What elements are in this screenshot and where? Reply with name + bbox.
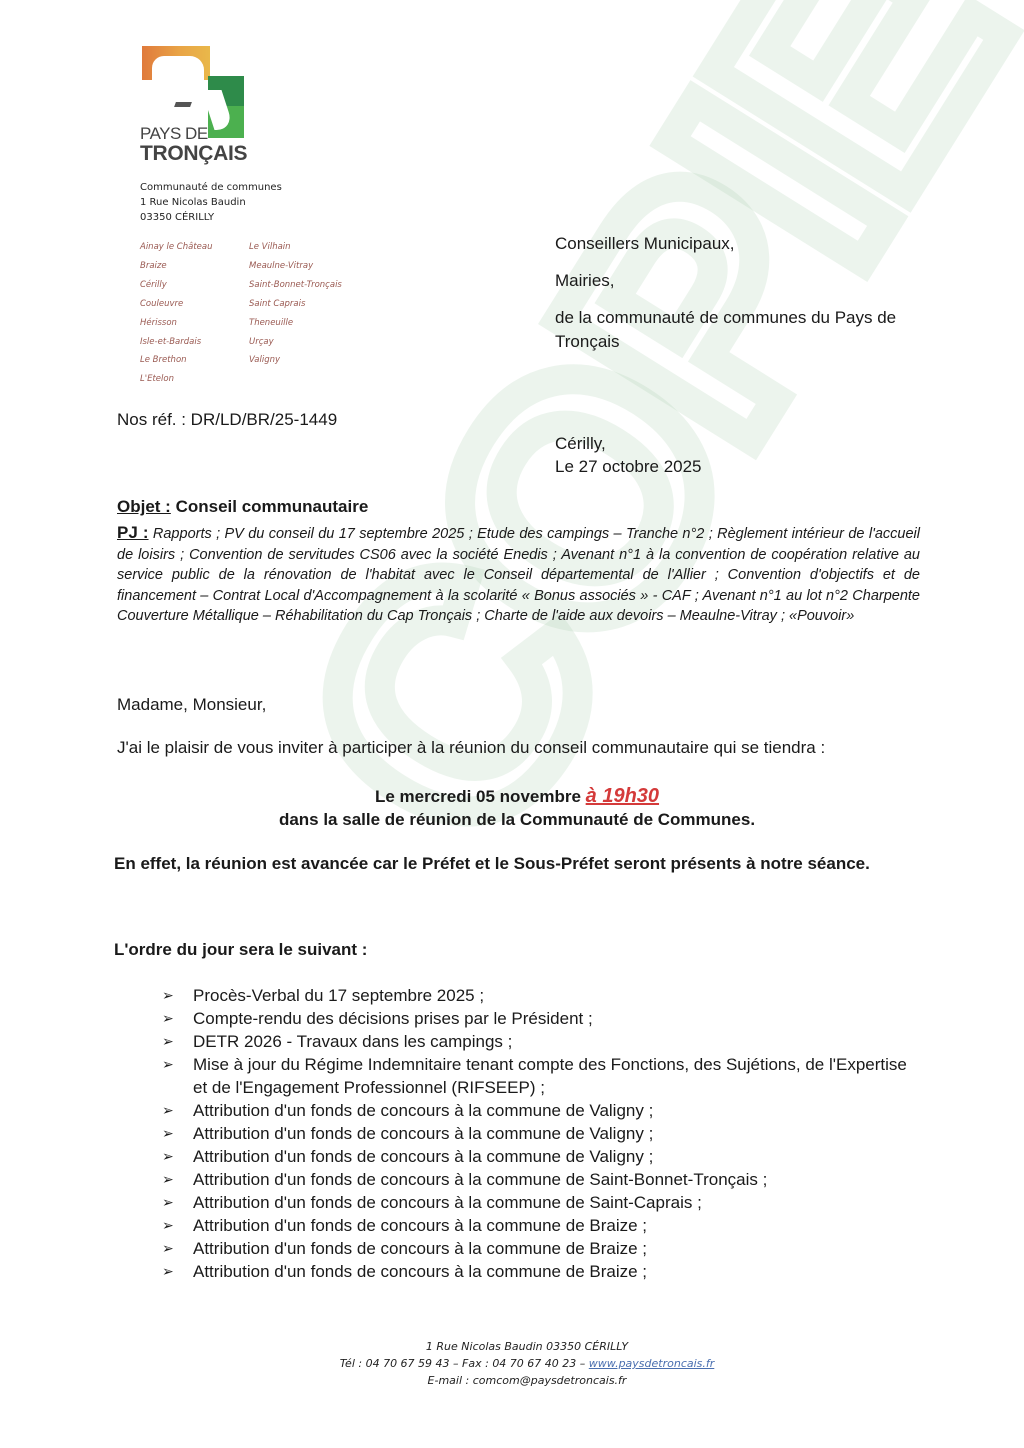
agenda-list: ➢Procès-Verbal du 17 septembre 2025 ;➢Co… bbox=[160, 984, 920, 1283]
commune-name: Saint Caprais bbox=[249, 295, 342, 314]
commune-name: Valigny bbox=[249, 351, 342, 370]
recipient-line: de la communauté de communes du Pays de … bbox=[555, 306, 915, 354]
commune-name: Isle-et-Bardais bbox=[140, 333, 213, 352]
sender-city: 03350 CÉRILLY bbox=[140, 210, 282, 225]
agenda-item: ➢Mise à jour du Régime Indemnitaire tena… bbox=[160, 1053, 920, 1099]
agenda-item: ➢Compte-rendu des décisions prises par l… bbox=[160, 1007, 920, 1030]
agenda-item: ➢DETR 2026 - Travaux dans les campings ; bbox=[160, 1030, 920, 1053]
agenda-item: ➢Procès-Verbal du 17 septembre 2025 ; bbox=[160, 984, 920, 1007]
agenda-item-text: Attribution d'un fonds de concours à la … bbox=[193, 1124, 653, 1143]
logo-cutout bbox=[152, 56, 204, 82]
agenda-item-text: Attribution d'un fonds de concours à la … bbox=[193, 1262, 647, 1281]
commune-name: Hérisson bbox=[140, 314, 213, 333]
agenda-item-text: Procès-Verbal du 17 septembre 2025 ; bbox=[193, 986, 484, 1005]
agenda-item-text: Attribution d'un fonds de concours à la … bbox=[193, 1170, 767, 1189]
attachments-block: PJ : Rapports ; PV du conseil du 17 sept… bbox=[117, 523, 920, 627]
agenda-item: ➢Attribution d'un fonds de concours à la… bbox=[160, 1168, 920, 1191]
place-date: Cérilly, Le 27 octobre 2025 bbox=[555, 432, 702, 478]
arrow-bullet-icon: ➢ bbox=[162, 1122, 174, 1145]
arrow-bullet-icon: ➢ bbox=[162, 1191, 174, 1214]
agenda-item-text: Compte-rendu des décisions prises par le… bbox=[193, 1009, 593, 1028]
arrow-bullet-icon: ➢ bbox=[162, 1007, 174, 1030]
arrow-bullet-icon: ➢ bbox=[162, 1214, 174, 1237]
commune-name: Theneuille bbox=[249, 314, 342, 333]
commune-name: Ainay le Château bbox=[140, 238, 213, 257]
subject-label: Objet : bbox=[117, 497, 171, 516]
letter-date: Le 27 octobre 2025 bbox=[555, 455, 702, 478]
meeting-date: Le mercredi 05 novembre bbox=[375, 787, 586, 806]
salutation: Madame, Monsieur, bbox=[117, 695, 266, 715]
agenda-item-text: Mise à jour du Régime Indemnitaire tenan… bbox=[193, 1055, 907, 1097]
commune-name: Le Brethon bbox=[140, 351, 213, 370]
pays-de-troncais-logo: PAYS DE TRONÇAIS bbox=[140, 44, 246, 169]
commune-name: Cérilly bbox=[140, 276, 213, 295]
agenda-item: ➢Attribution d'un fonds de concours à la… bbox=[160, 1237, 920, 1260]
arrow-bullet-icon: ➢ bbox=[162, 1260, 174, 1283]
agenda-item-text: DETR 2026 - Travaux dans les campings ; bbox=[193, 1032, 512, 1051]
arrow-bullet-icon: ➢ bbox=[162, 1168, 174, 1191]
agenda-item-text: Attribution d'un fonds de concours à la … bbox=[193, 1101, 653, 1120]
subject-value: Conseil communautaire bbox=[171, 497, 368, 516]
commune-name: Urçay bbox=[249, 333, 342, 352]
agenda-item-text: Attribution d'un fonds de concours à la … bbox=[193, 1193, 702, 1212]
meeting-place: dans la salle de réunion de la Communaut… bbox=[117, 808, 917, 831]
notice-text: En effet, la réunion est avancée car le … bbox=[114, 853, 914, 875]
footer-phone-fax: Tél : 04 70 67 59 43 – Fax : 04 70 67 40… bbox=[340, 1357, 589, 1370]
commune-name: L'Etelon bbox=[140, 370, 213, 389]
logo-text-line1: PAYS DE bbox=[140, 124, 208, 144]
commune-name: Le Vilhain bbox=[249, 238, 342, 257]
recipient-line: Conseillers Municipaux, bbox=[555, 232, 935, 256]
logo-text-line2: TRONÇAIS bbox=[140, 142, 247, 166]
agenda-item-text: Attribution d'un fonds de concours à la … bbox=[193, 1239, 647, 1258]
logo-mark bbox=[174, 102, 192, 107]
footer-website-link[interactable]: www.paysdetroncais.fr bbox=[589, 1357, 715, 1370]
arrow-bullet-icon: ➢ bbox=[162, 1030, 174, 1053]
agenda-title: L'ordre du jour sera le suivant : bbox=[114, 940, 367, 960]
sender-street: 1 Rue Nicolas Baudin bbox=[140, 195, 282, 210]
sender-address: Communauté de communes 1 Rue Nicolas Bau… bbox=[140, 180, 282, 225]
attachments-label: PJ : bbox=[117, 523, 149, 542]
agenda-item-text: Attribution d'un fonds de concours à la … bbox=[193, 1216, 647, 1235]
arrow-bullet-icon: ➢ bbox=[162, 1053, 174, 1076]
commune-name: Saint-Bonnet-Tronçais bbox=[249, 276, 342, 295]
invitation-text: J'ai le plaisir de vous inviter à partic… bbox=[117, 738, 917, 758]
agenda-item: ➢Attribution d'un fonds de concours à la… bbox=[160, 1145, 920, 1168]
agenda-item: ➢Attribution d'un fonds de concours à la… bbox=[160, 1191, 920, 1214]
reference-number: Nos réf. : DR/LD/BR/25-1449 bbox=[117, 410, 337, 430]
sender-name: Communauté de communes bbox=[140, 180, 282, 195]
footer: 1 Rue Nicolas Baudin 03350 CÉRILLY Tél :… bbox=[0, 1338, 1024, 1389]
agenda-item: ➢Attribution d'un fonds de concours à la… bbox=[160, 1099, 920, 1122]
agenda-item-text: Attribution d'un fonds de concours à la … bbox=[193, 1147, 653, 1166]
recipients-block: Conseillers Municipaux, Mairies, de la c… bbox=[555, 232, 935, 367]
agenda-item: ➢Attribution d'un fonds de concours à la… bbox=[160, 1214, 920, 1237]
arrow-bullet-icon: ➢ bbox=[162, 1237, 174, 1260]
commune-name: Braize bbox=[140, 257, 213, 276]
arrow-bullet-icon: ➢ bbox=[162, 1145, 174, 1168]
place: Cérilly, bbox=[555, 432, 702, 455]
agenda-item: ➢Attribution d'un fonds de concours à la… bbox=[160, 1122, 920, 1145]
subject-line: Objet : Conseil communautaire bbox=[117, 497, 368, 517]
agenda-item: ➢Attribution d'un fonds de concours à la… bbox=[160, 1260, 920, 1283]
arrow-bullet-icon: ➢ bbox=[162, 1099, 174, 1122]
footer-address: 1 Rue Nicolas Baudin 03350 CÉRILLY bbox=[0, 1338, 1024, 1355]
arrow-bullet-icon: ➢ bbox=[162, 984, 174, 1007]
footer-email: E-mail : comcom@paysdetroncais.fr bbox=[0, 1372, 1024, 1389]
meeting-details: Le mercredi 05 novembre à 19h30 dans la … bbox=[117, 785, 917, 831]
commune-name: Couleuvre bbox=[140, 295, 213, 314]
communes-column-2: Le VilhainMeaulne-VitraySaint-Bonnet-Tro… bbox=[249, 238, 342, 370]
attachments-text: Rapports ; PV du conseil du 17 septembre… bbox=[117, 526, 920, 624]
commune-name: Meaulne-Vitray bbox=[249, 257, 342, 276]
recipient-line: Mairies, bbox=[555, 269, 935, 293]
communes-column-1: Ainay le ChâteauBraizeCérillyCouleuvreHé… bbox=[140, 238, 213, 389]
meeting-time: à 19h30 bbox=[586, 785, 659, 807]
